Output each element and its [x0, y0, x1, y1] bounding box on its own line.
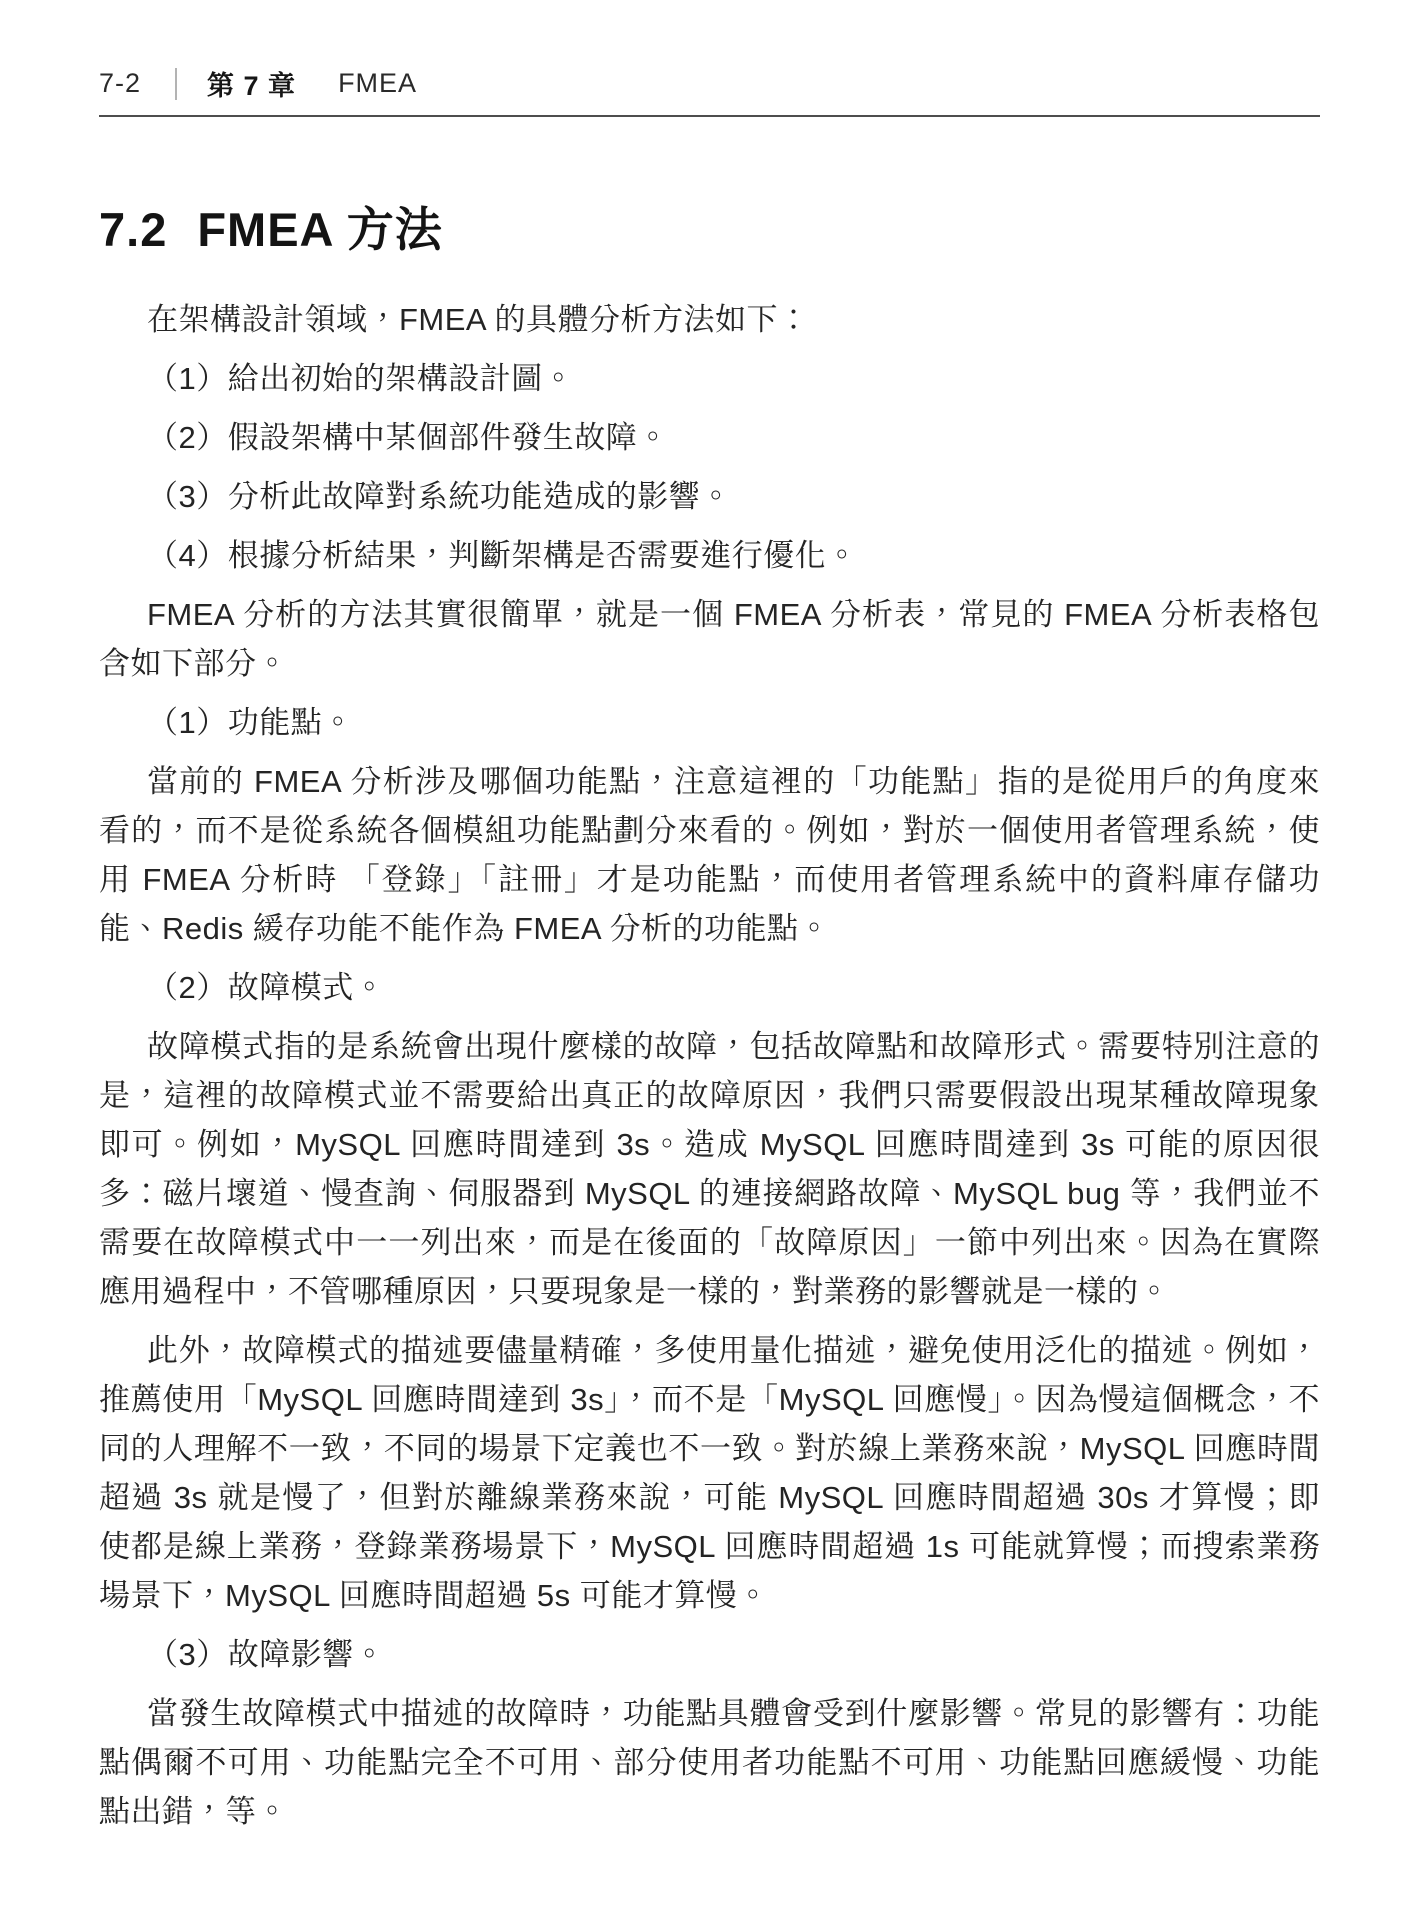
section-title: FMEA 方法 — [197, 203, 442, 257]
function-point-paragraph: 當前的 FMEA 分析涉及哪個功能點，注意這裡的「功能點」指的是從用戶的角度來看… — [99, 757, 1320, 953]
header-divider — [175, 68, 177, 100]
body-text: 在架構設計領域，FMEA 的具體分析方法如下： （1）給出初始的架構設計圖。 （… — [99, 295, 1320, 1836]
section-heading: 7.2 FMEA 方法 — [99, 203, 1320, 257]
item-1-function-point-heading: （1）功能點。 — [99, 698, 1320, 747]
book-page: 7-2 第 7 章 FMEA 7.2 FMEA 方法 在架構設計領域，FMEA … — [0, 0, 1419, 1920]
item-2-failure-mode-heading: （2）故障模式。 — [99, 963, 1320, 1012]
chapter-title: FMEA — [338, 68, 417, 99]
section-number: 7.2 — [99, 203, 167, 257]
item-3-failure-impact-heading: （3）故障影響。 — [99, 1630, 1320, 1679]
page-header: 7-2 第 7 章 FMEA — [99, 64, 1320, 117]
failure-mode-paragraph-1: 故障模式指的是系統會出現什麼樣的故障，包括故障點和故障形式。需要特別注意的是，這… — [99, 1022, 1320, 1316]
method-intro-paragraph: 在架構設計領域，FMEA 的具體分析方法如下： — [99, 295, 1320, 344]
chapter-number: 第 7 章 — [207, 64, 296, 103]
method-step-3: （3）分析此故障對系統功能造成的影響。 — [99, 472, 1320, 521]
method-step-2: （2）假設架構中某個部件發生故障。 — [99, 413, 1320, 462]
method-step-1: （1）給出初始的架構設計圖。 — [99, 354, 1320, 403]
page-number: 7-2 — [99, 68, 141, 99]
failure-impact-paragraph: 當發生故障模式中描述的故障時，功能點具體會受到什麼影響。常見的影響有：功能點偶爾… — [99, 1689, 1320, 1836]
method-step-4: （4）根據分析結果，判斷架構是否需要進行優化。 — [99, 531, 1320, 580]
failure-mode-paragraph-2: 此外，故障模式的描述要儘量精確，多使用量化描述，避免使用泛化的描述。例如，推薦使… — [99, 1326, 1320, 1620]
table-intro-paragraph: FMEA 分析的方法其實很簡單，就是一個 FMEA 分析表，常見的 FMEA 分… — [99, 590, 1320, 688]
